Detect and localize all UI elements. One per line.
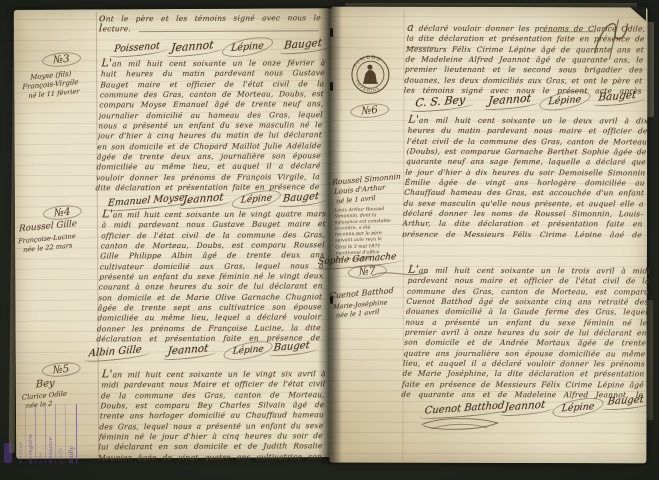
stamp-line: mention bbox=[18, 404, 26, 464]
stamp-line: naissance bbox=[48, 404, 56, 464]
signature-cuenot-batthod: Cuenot Batthod bbox=[424, 400, 505, 416]
entry5-number: №5 bbox=[41, 361, 81, 379]
signature-lepine: Lépine bbox=[232, 344, 264, 356]
signature-bauget: Bauget bbox=[282, 191, 319, 205]
signature-emanuel-moyse: Emanuel Moyse bbox=[107, 192, 185, 209]
ink-rule bbox=[541, 31, 596, 32]
binding-stitch bbox=[330, 296, 333, 304]
signature-flourish bbox=[417, 417, 507, 433]
register-right-page: a déclaré vouloir donner les prénoms de … bbox=[329, 7, 647, 464]
entry6-margin-date: né le 1 avril bbox=[336, 194, 376, 205]
purple-ink-bleed bbox=[4, 443, 12, 463]
signature-lepine: Lépine bbox=[231, 40, 265, 54]
signature-jeannot: Jeannot bbox=[182, 191, 224, 206]
signature-lepine: Lépine bbox=[561, 401, 595, 414]
stamp-line: acte bbox=[38, 404, 46, 464]
entry7-body: L'an mil huit cent soixante un le trois … bbox=[401, 265, 650, 400]
entry5-body: L'an mil huit cent soixante un le vingt … bbox=[98, 368, 326, 461]
signature-bauget: Bauget bbox=[598, 89, 637, 104]
ink-rule bbox=[139, 30, 319, 32]
binding-stitch bbox=[330, 82, 333, 91]
signature-sophie-garnache: Sophie Garnache bbox=[317, 252, 396, 267]
signature-bauget: Bauget bbox=[607, 394, 644, 408]
signature-poissenot: Poissenot bbox=[114, 40, 161, 55]
entry3-number: №3 bbox=[42, 51, 82, 69]
prev-entry-text-end: lecture. bbox=[99, 23, 160, 34]
entry5-margin-name1: Bey bbox=[36, 378, 55, 391]
entry4-body: L'an mil huit cent soixante un le vingt … bbox=[96, 208, 326, 345]
binding-stitch bbox=[330, 28, 333, 37]
signature-bauget: Bauget bbox=[283, 37, 322, 52]
register-left-page: ont le père et les témoins signé avec no… bbox=[14, 8, 333, 459]
corner-paraph-flourish bbox=[588, 13, 632, 61]
stamp-line: du registre bbox=[28, 404, 36, 464]
signature-bey: C. S. Bey bbox=[415, 93, 466, 109]
signature-albin-gille: Albin Gille bbox=[88, 344, 142, 359]
entry3-body: L'an mil huit cent soixante un le onze f… bbox=[95, 57, 325, 192]
signature-jeannot: Jeannot bbox=[170, 38, 214, 54]
page-corner-dogear bbox=[630, 7, 646, 21]
scanned-register-photo: { "document": { "type": "registre d'état… bbox=[0, 0, 659, 480]
purple-archive-stamp-icon: mention du registre acte naissance greff… bbox=[18, 403, 82, 463]
entry6-number: №6 bbox=[350, 102, 390, 119]
signature-jeannot: Jeannot bbox=[167, 342, 209, 357]
margin-rule bbox=[96, 11, 99, 456]
signature-jeannot: Jeannot bbox=[488, 92, 532, 108]
signature-lepine: Lépine bbox=[548, 94, 582, 107]
signature-lepine: Lépine bbox=[240, 193, 272, 205]
entry6-body: L'an mil huit cent soixante un le deux a… bbox=[402, 115, 649, 238]
stamp-line: Bailly bbox=[68, 404, 77, 464]
signature-jeannot: Jeannot bbox=[504, 399, 546, 414]
stamp-line: greffe bbox=[58, 404, 66, 464]
timbre-imperial-stamp-icon: TIMBRE IMPERIAL bbox=[350, 55, 390, 95]
signature-bauget: Bauget bbox=[273, 340, 310, 354]
